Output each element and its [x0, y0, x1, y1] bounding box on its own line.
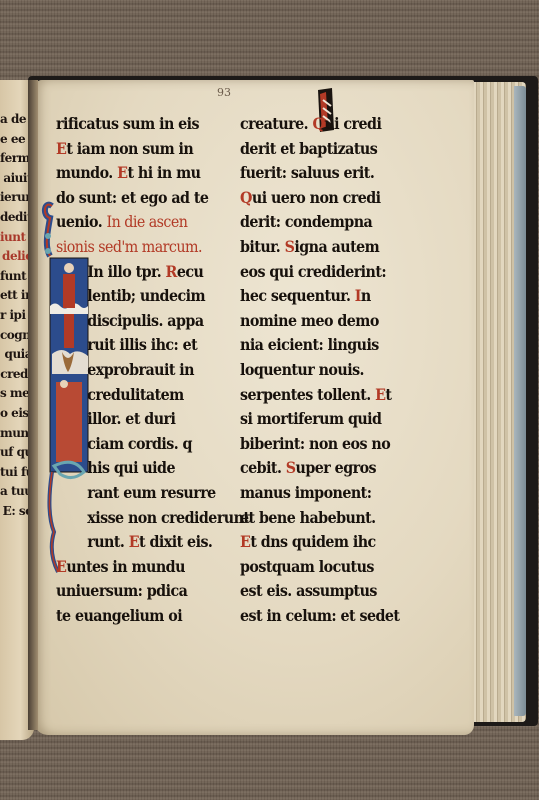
red-initial: E [240, 532, 250, 551]
text-segment: rificatus sum in eis [56, 114, 199, 133]
text-line: rificatus sum in eis [56, 112, 212, 137]
text-line: exprobrauit in [56, 358, 212, 383]
text-segment: n [361, 286, 371, 305]
red-initial: E [375, 385, 385, 404]
text-line: fuerit: saluus erit. [240, 161, 401, 186]
red-initial: S [285, 237, 295, 256]
text-segment: lentib; undecim [87, 286, 205, 305]
text-line: hec sequentur. In [240, 284, 401, 309]
text-segment: creature. [240, 114, 312, 133]
red-initial: R [166, 262, 177, 281]
text-segment: t iam non sum in [66, 139, 193, 158]
cover-edge [514, 86, 526, 716]
text-line: rant eum resurre [56, 481, 212, 506]
text-segment: t [385, 385, 391, 404]
text-line: runt. Et dixit eis. [56, 530, 212, 555]
text-segment: nomine meo demo [240, 311, 379, 330]
text-line: his qui uide [56, 456, 212, 481]
text-line: Et dns quidem ihc [240, 530, 401, 555]
text-line: uenio. In die ascen [56, 210, 212, 235]
text-line: derit: condempna [240, 210, 401, 235]
red-initial: E [56, 139, 66, 158]
text-line: biberint: non eos no [240, 432, 401, 457]
text-line: sionis sed'm marcum. [56, 235, 212, 260]
text-line: derit et baptizatus [240, 137, 401, 162]
red-initial: E [117, 163, 127, 182]
text-line: In illo tpr. Recu [56, 260, 212, 285]
text-segment: t dixit eis. [139, 532, 212, 551]
text-line: Et iam non sum in [56, 137, 212, 162]
text-segment: si mortiferum quid [240, 409, 381, 428]
text-line: discipulis. appa [56, 309, 212, 334]
text-segment: manus imponent: [240, 483, 371, 502]
text-line: Euntes in mundu [56, 555, 212, 580]
text-segment: illor. et duri [87, 409, 175, 428]
text-segment: his qui uide [87, 458, 175, 477]
text-line: xisse non crediderunt [56, 506, 212, 531]
text-line: te euangelium oi [56, 604, 212, 629]
text-segment: loquentur nouis. [240, 360, 364, 379]
text-line: credulitatem [56, 383, 212, 408]
red-initial: E [56, 557, 66, 576]
text-segment: est in celum: et sedet [240, 606, 399, 625]
text-line: et bene habebunt. [240, 506, 401, 531]
text-segment: hec sequentur. [240, 286, 355, 305]
text-line: uniuersum: pdica [56, 579, 212, 604]
text-segment: runt. [87, 532, 128, 551]
folio-number: 93 [217, 86, 231, 99]
text-segment: et bene habebunt. [240, 508, 376, 527]
text-line: ruit illis ihc: et [56, 333, 212, 358]
text-segment: t hi in mu [127, 163, 200, 182]
text-segment: fuerit: saluus erit. [240, 163, 374, 182]
text-segment: uenio. [56, 212, 107, 231]
red-initial: Q [312, 114, 324, 133]
text-segment: nia eicient: linguis [240, 335, 379, 354]
text-column-left: rificatus sum in eisEt iam non sum inmun… [56, 112, 226, 628]
text-segment: postquam locutus [240, 557, 374, 576]
text-line: loquentur nouis. [240, 358, 401, 383]
text-segment: est eis. assumptus [240, 581, 377, 600]
text-line: ciam cordis. q [56, 432, 212, 457]
text-segment: ruit illis ihc: et [87, 335, 197, 354]
text-segment: rant eum resurre [87, 483, 215, 502]
text-line: si mortiferum quid [240, 407, 401, 432]
text-segment: ciam cordis. q [87, 434, 192, 453]
text-line: nia eicient: linguis [240, 333, 401, 358]
text-segment: bitur. [240, 237, 285, 256]
red-initial: S [286, 458, 296, 477]
text-segment: exprobrauit in [87, 360, 194, 379]
text-segment: derit et baptizatus [240, 139, 377, 158]
text-line: nomine meo demo [240, 309, 401, 334]
text-line: creature. Qui credi [240, 112, 401, 137]
red-initial: Q [240, 188, 252, 207]
text-segment: ui credi [324, 114, 381, 133]
text-segment: cebit. [240, 458, 286, 477]
text-line: do sunt: et ego ad te [56, 186, 212, 211]
page-gutter [28, 80, 38, 730]
text-segment: uper egros [296, 458, 376, 477]
text-segment: xisse non crediderunt [87, 508, 249, 527]
text-line: lentib; undecim [56, 284, 212, 309]
text-line: postquam locutus [240, 555, 401, 580]
text-line: Qui uero non credi [240, 186, 401, 211]
text-segment: uniuersum: pdica [56, 581, 187, 600]
text-segment: te euangelium oi [56, 606, 182, 625]
text-line: est in celum: et sedet [240, 604, 401, 629]
text-segment: discipulis. appa [87, 311, 203, 330]
text-line: est eis. assumptus [240, 579, 401, 604]
text-line: mundo. Et hi in mu [56, 161, 212, 186]
text-segment: ecu [177, 262, 203, 281]
text-line: bitur. Signa autem [240, 235, 401, 260]
red-initial: E [129, 532, 139, 551]
text-segment: igna autem [294, 237, 379, 256]
text-segment: serpentes tollent. [240, 385, 375, 404]
text-line: serpentes tollent. Et [240, 383, 401, 408]
rubric-text: In die ascen [107, 213, 188, 231]
text-segment: eos qui crediderint: [240, 262, 386, 281]
text-segment: derit: condempna [240, 212, 372, 231]
text-segment: do sunt: et ego ad te [56, 188, 208, 207]
text-line: illor. et duri [56, 407, 212, 432]
text-segment: mundo. [56, 163, 117, 182]
text-segment: In illo tpr. [87, 262, 165, 281]
text-column-right: creature. Qui crediderit et baptizatusfu… [240, 112, 415, 628]
text-segment: credulitatem [87, 385, 183, 404]
text-line: manus imponent: [240, 481, 401, 506]
text-line: cebit. Super egros [240, 456, 401, 481]
rubric-text: sionis sed'm marcum. [56, 238, 202, 256]
text-line: eos qui crediderint: [240, 260, 401, 285]
text-segment: untes in mundu [66, 557, 185, 576]
text-segment: t dns quidem ihc [250, 532, 375, 551]
text-segment: biberint: non eos no [240, 434, 390, 453]
text-segment: ui uero non credi [252, 188, 381, 207]
